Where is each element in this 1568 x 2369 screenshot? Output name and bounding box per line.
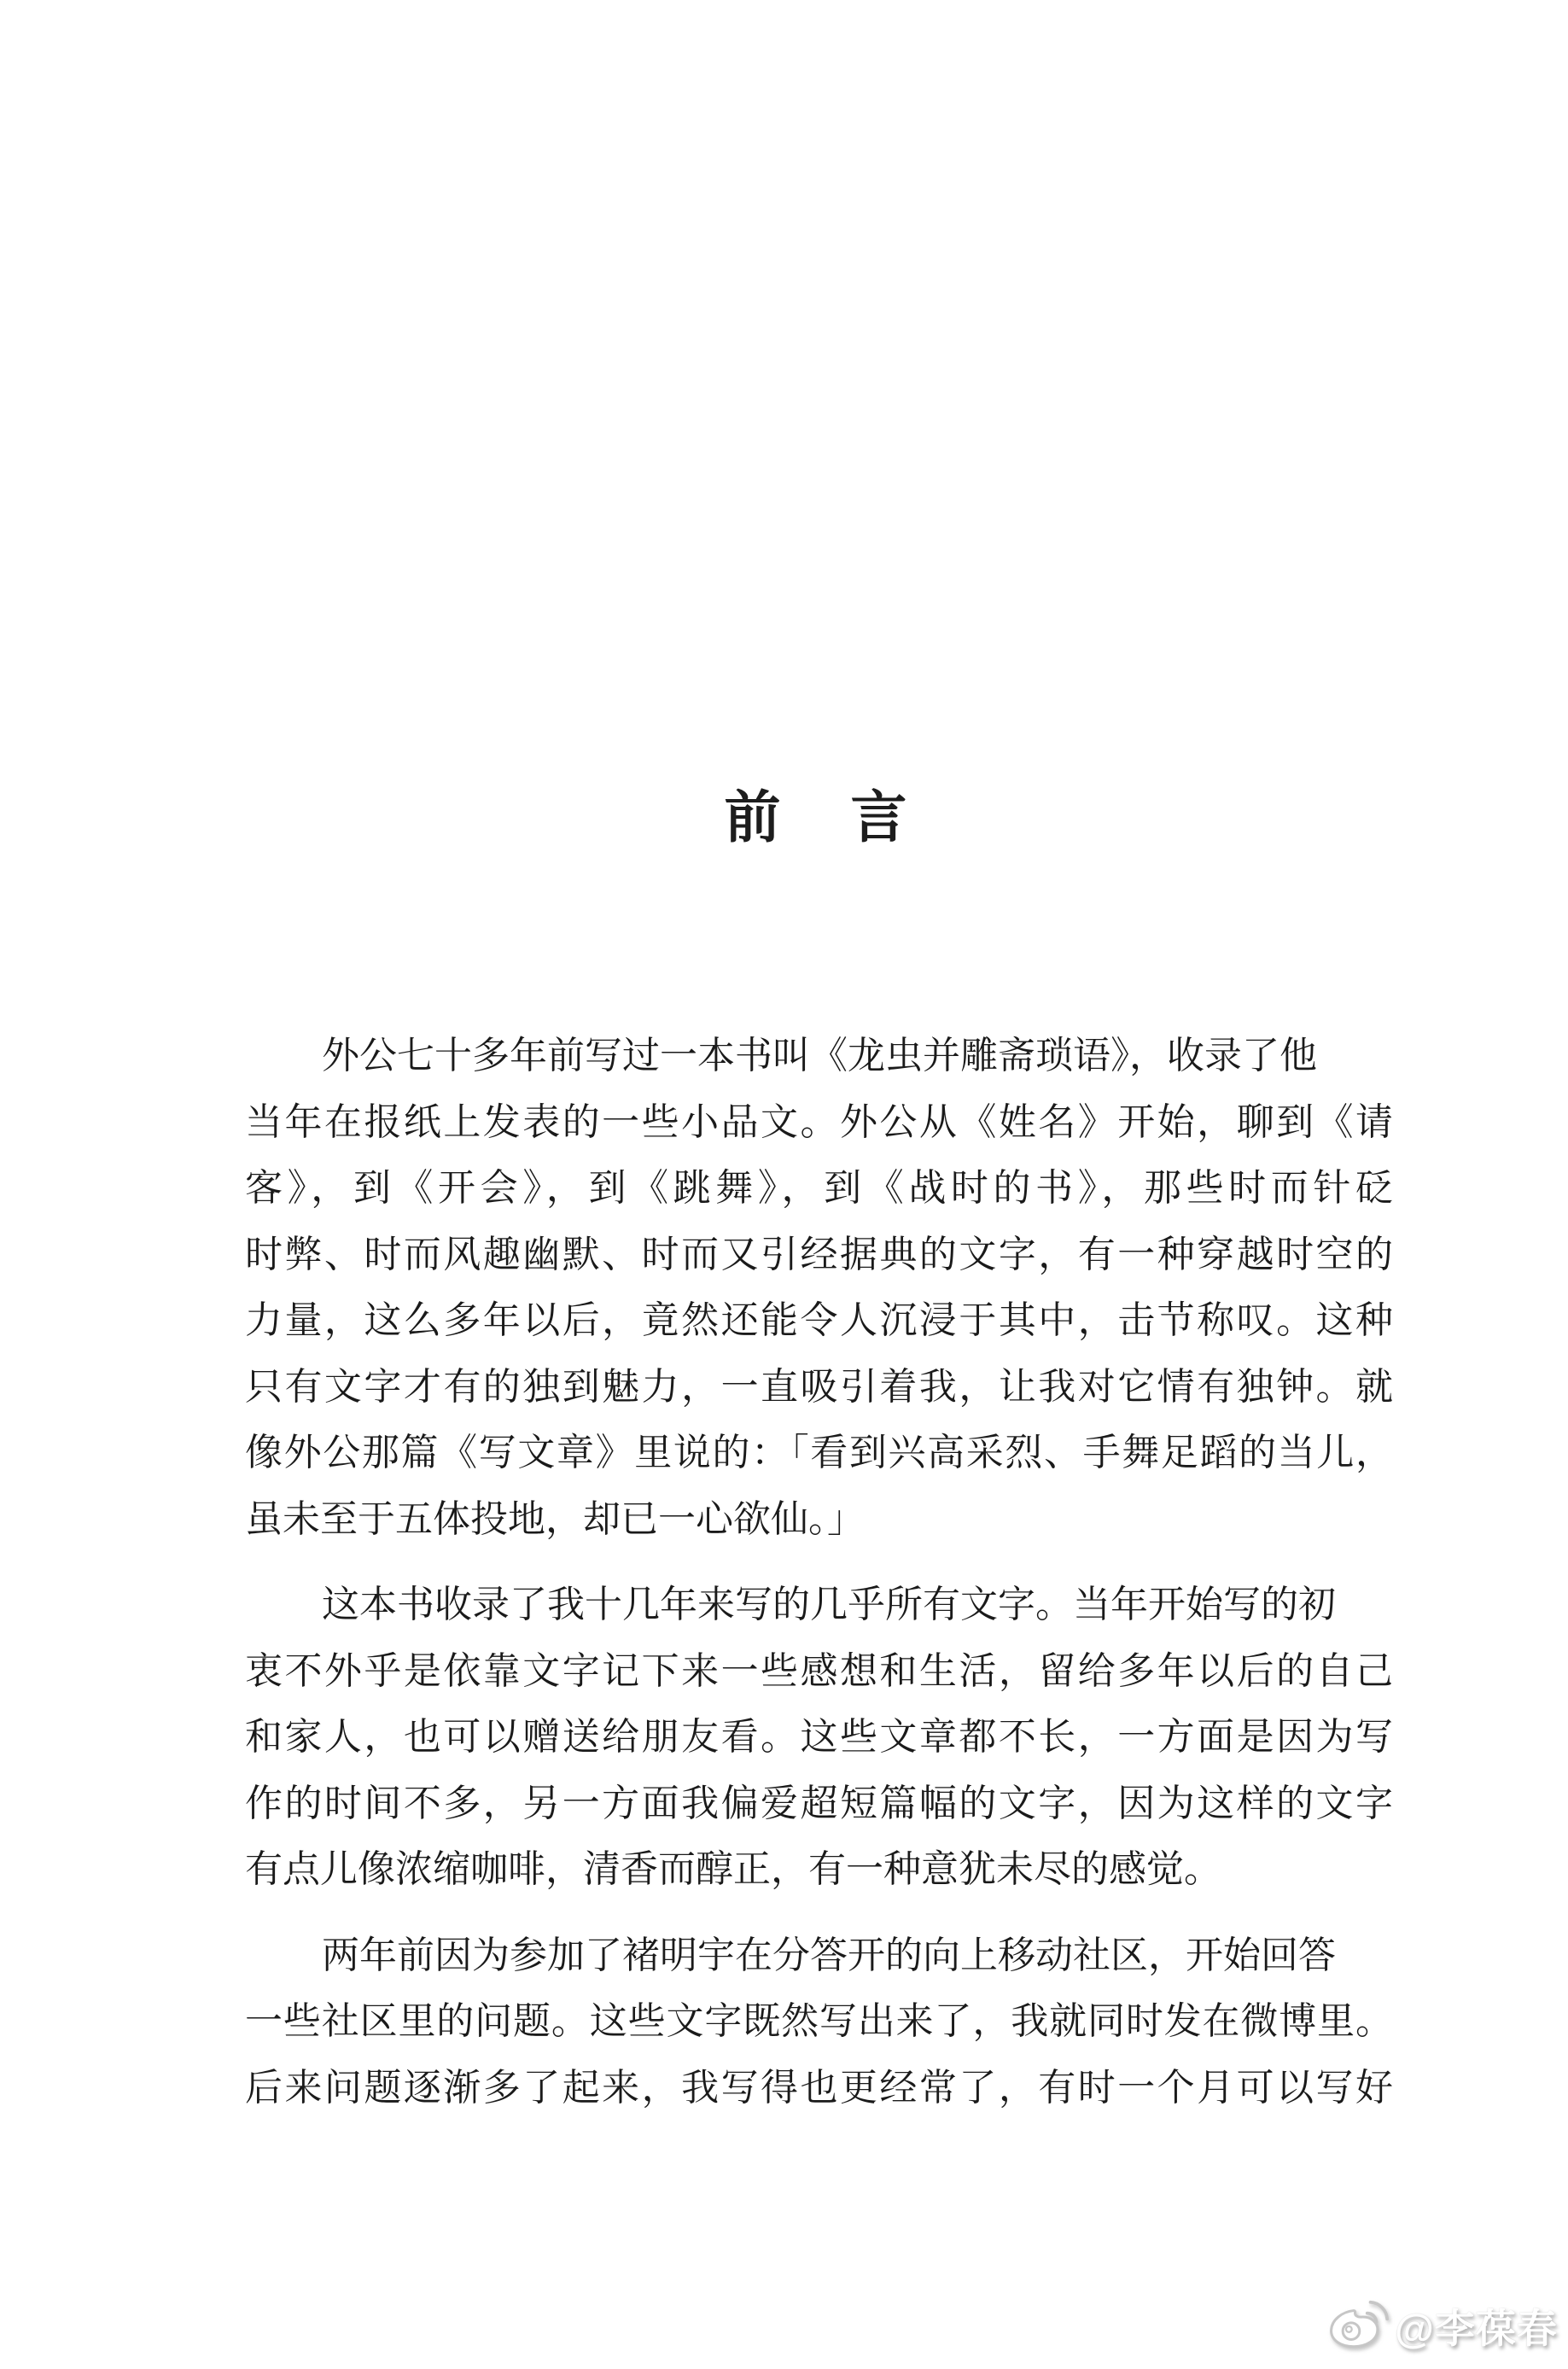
text-line: 衷不外乎是依靠文字记下来一些感想和生活，留给多年以后的自己 <box>245 1638 1393 1705</box>
body-text: 外公七十多年前写过一本书叫《龙虫并雕斋琐语》，收录了他当年在报纸上发表的一些小品… <box>245 1023 1393 2121</box>
text-line: 时弊、时而风趣幽默、时而又引经据典的文字，有一种穿越时空的 <box>245 1222 1393 1288</box>
paragraph: 这本书收录了我十几年来写的几乎所有文字。当年开始写的初衷不外乎是依靠文字记下来一… <box>245 1572 1393 1903</box>
text-line: 外公七十多年前写过一本书叫《龙虫并雕斋琐语》，收录了他 <box>245 1023 1393 1089</box>
text-line: 一些社区里的问题。这些文字既然写出来了，我就同时发在微博里。 <box>245 1988 1393 2055</box>
text-line: 客》，到《开会》，到《跳舞》，到《战时的书》，那些时而针砭 <box>245 1155 1393 1222</box>
text-line: 只有文字才有的独到魅力，一直吸引着我，让我对它情有独钟。就 <box>245 1354 1393 1421</box>
page-title: 前 言 <box>245 786 1393 849</box>
text-line: 两年前因为参加了褚明宇在分答开的向上移动社区，开始回答 <box>245 1923 1393 1989</box>
text-line: 作的时间不多，另一方面我偏爱超短篇幅的文字，因为这样的文字 <box>245 1771 1393 1837</box>
weibo-icon <box>1326 2296 1391 2355</box>
text-line: 这本书收录了我十几年来写的几乎所有文字。当年开始写的初 <box>245 1572 1393 1638</box>
book-page: 前 言 外公七十多年前写过一本书叫《龙虫并雕斋琐语》，收录了他当年在报纸上发表的… <box>0 0 1568 2369</box>
watermark: @李葆春 <box>1326 2296 1558 2355</box>
text-line: 力量，这么多年以后，竟然还能令人沉浸于其中，击节称叹。这种 <box>245 1287 1393 1354</box>
text-line: 有点儿像浓缩咖啡，清香而醇正，有一种意犹未尽的感觉。 <box>245 1836 1393 1903</box>
text-line: 和家人，也可以赠送给朋友看。这些文章都不长，一方面是因为写 <box>245 1704 1393 1771</box>
text-line: 后来问题逐渐多了起来，我写得也更经常了，有时一个月可以写好 <box>245 2055 1393 2121</box>
watermark-handle: @李葆春 <box>1395 2297 1558 2354</box>
paragraph: 外公七十多年前写过一本书叫《龙虫并雕斋琐语》，收录了他当年在报纸上发表的一些小品… <box>245 1023 1393 1552</box>
text-line: 像外公那篇《写文章》里说的：「看到兴高采烈、手舞足蹈的当儿， <box>245 1420 1393 1486</box>
text-line: 当年在报纸上发表的一些小品文。外公从《姓名》开始，聊到《请 <box>245 1089 1393 1156</box>
text-line: 虽未至于五体投地，却已一心欲仙。」 <box>245 1486 1393 1553</box>
paragraph: 两年前因为参加了褚明宇在分答开的向上移动社区，开始回答一些社区里的问题。这些文字… <box>245 1923 1393 2121</box>
